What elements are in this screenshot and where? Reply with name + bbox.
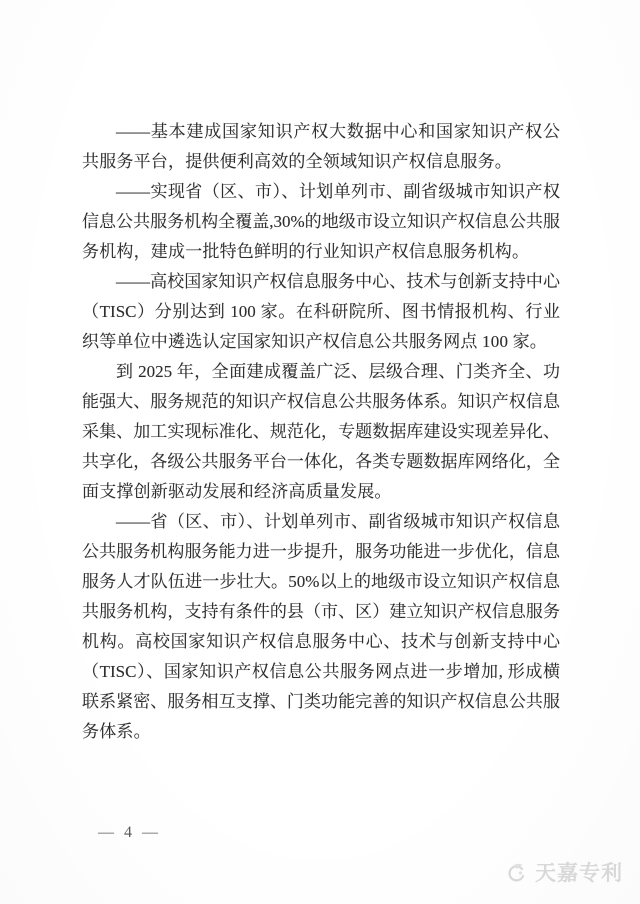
watermark: 天嘉专利	[504, 858, 623, 888]
document-body: ——基本建成国家知识产权大数据中心和国家知识产权公共服务平台，提供便利高效的全领…	[82, 117, 560, 747]
text-line: 信息公共服务机构全覆盖,30%的地级市设立知识产权信息公共服	[82, 207, 560, 237]
text-line: 到 2025 年，全面建成覆盖广泛、层级合理、门类齐全、功	[82, 357, 560, 387]
text-line: ——省（区、市）、计划单列市、副省级城市知识产权信息	[82, 507, 560, 537]
text-line: 务体系。	[82, 717, 560, 747]
text-line: 共享化，各级公共服务平台一体化，各类专题数据库网络化，全	[82, 447, 560, 477]
text-line: 采集、加工实现标准化、规范化，专题数据库建设实现差异化、	[82, 417, 560, 447]
tianjia-logo-icon	[504, 860, 530, 886]
text-line: 能强大、服务规范的知识产权信息公共服务体系。知识产权信息	[82, 387, 560, 417]
text-line: 共服务平台，提供便利高效的全领域知识产权信息服务。	[82, 147, 560, 177]
text-line: 织等单位中遴选认定国家知识产权信息公共服务网点 100 家。	[82, 327, 560, 357]
text-line: 服务人才队伍进一步壮大。50%以上的地级市设立知识产权信息公	[82, 567, 560, 597]
text-line: ——实现省（区、市）、计划单列市、副省级城市知识产权	[82, 177, 560, 207]
text-line: 联系紧密、服务相互支撑、门类功能完善的知识产权信息公共服	[82, 687, 560, 717]
text-line: （TISC）分别达到 100 家。在科研院所、图书情报机构、行业组	[82, 297, 560, 327]
text-line: 务机构，建成一批特色鲜明的行业知识产权信息服务机构。	[82, 237, 560, 267]
text-line: （TISC）、国家知识产权信息公共服务网点进一步增加, 形成横向	[82, 657, 560, 687]
text-line: 公共服务机构服务能力进一步提升，服务功能进一步优化，信息	[82, 537, 560, 567]
text-line: ——高校国家知识产权信息服务中心、技术与创新支持中心	[82, 267, 560, 297]
text-line: 面支撑创新驱动发展和经济高质量发展。	[82, 477, 560, 507]
text-line: ——基本建成国家知识产权大数据中心和国家知识产权公	[82, 117, 560, 147]
text-line: 共服务机构，支持有条件的县（市、区）建立知识产权信息服务	[82, 597, 560, 627]
page-number: — 4 —	[98, 822, 161, 844]
scanned-document-page: ——基本建成国家知识产权大数据中心和国家知识产权公共服务平台，提供便利高效的全领…	[0, 0, 640, 904]
watermark-label: 天嘉专利	[535, 858, 623, 888]
text-line: 机构。高校国家知识产权信息服务中心、技术与创新支持中心	[82, 627, 560, 657]
